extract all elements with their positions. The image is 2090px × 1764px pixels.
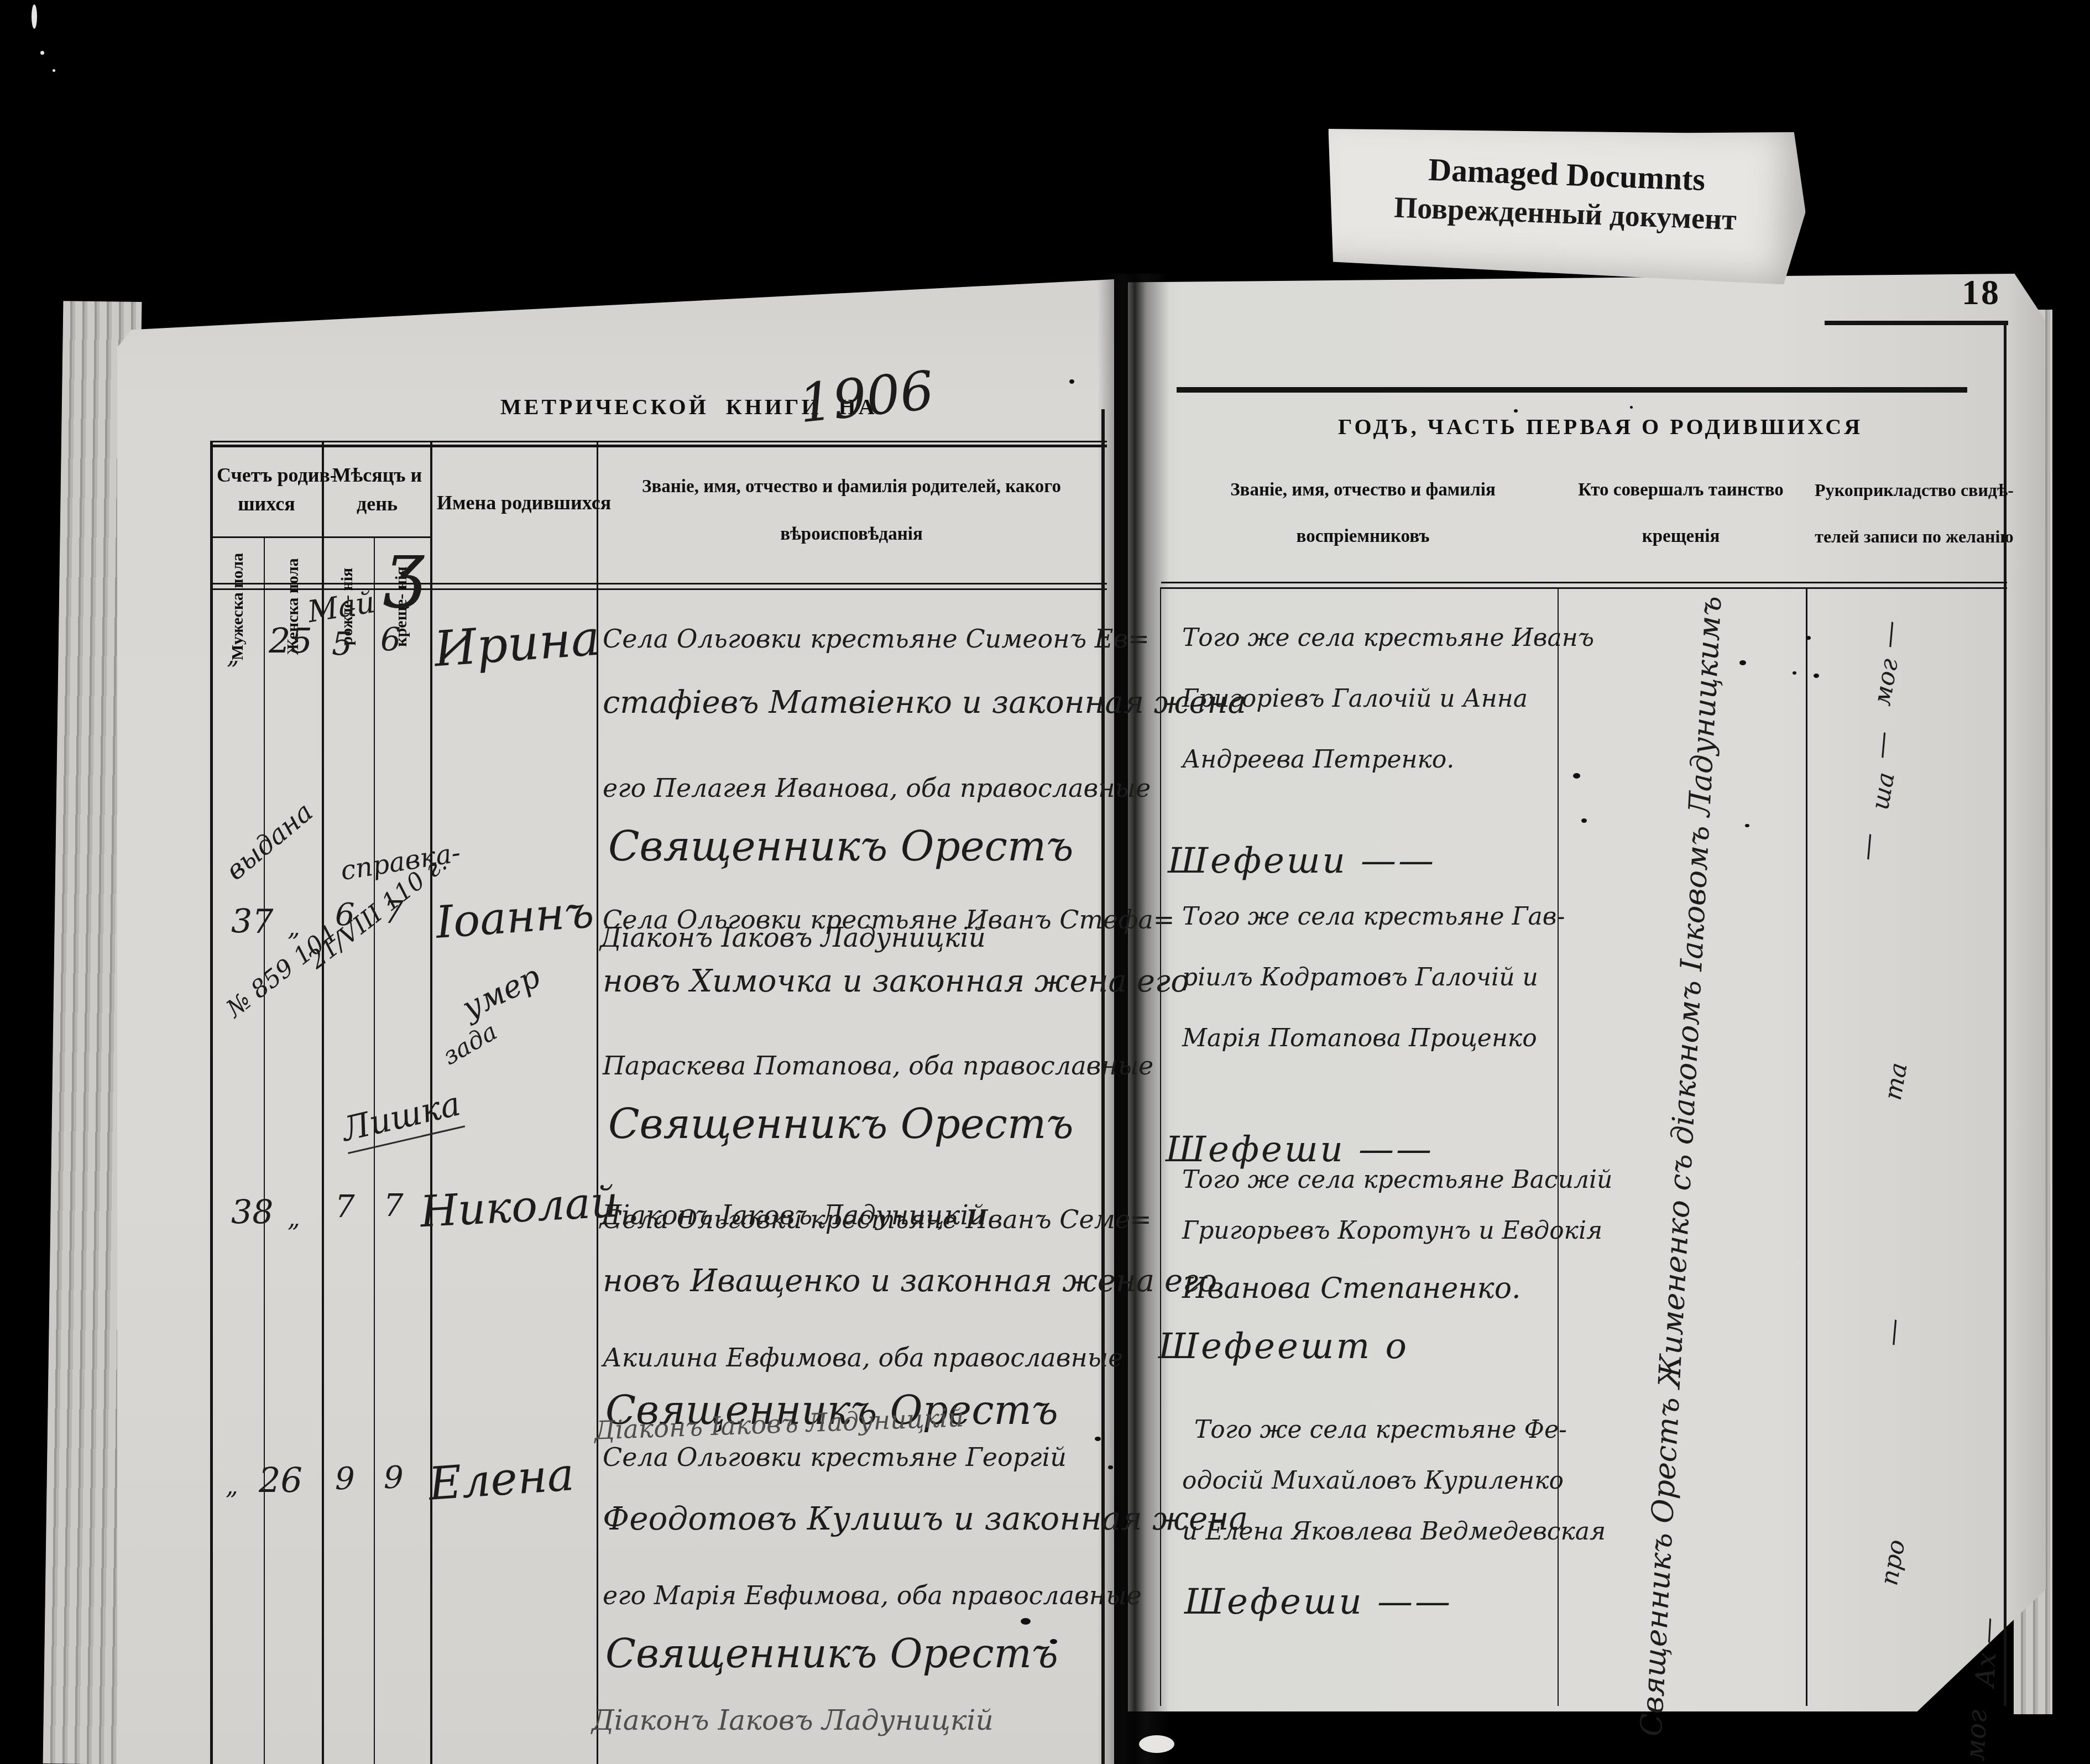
ink-blot (1581, 818, 1587, 823)
col-header-witnesses: Рукоприкладство свидѣ- (1809, 480, 2019, 500)
witness-mark: Ах — (1969, 1616, 2004, 1688)
ink-speck (1069, 379, 1074, 384)
priest-signature: Священникъ Орестъ (608, 823, 1074, 870)
col-header-count: Счетъ родив- (217, 463, 316, 487)
header-pen-flourish: ʒ (384, 525, 425, 609)
record-parents: Акилина Евфимова, оба православные (603, 1343, 1123, 1372)
col-header-month-day: день (327, 492, 427, 515)
record-godparents: Григоріевъ Галочій и Анна (1182, 685, 1528, 713)
record-female-no: 25 (269, 620, 312, 661)
record-female-no: „ (288, 914, 300, 942)
damaged-document-label: Damaged Documnts Поврежденный документ (1323, 115, 1809, 285)
ink-blot (1814, 674, 1819, 678)
clerk-flourish: Шефеешт о (1158, 1326, 1409, 1367)
table-rule (322, 441, 324, 1764)
record-male-no: „ (226, 1472, 238, 1500)
record-godparents: Иванова Степаненко. (1182, 1272, 1521, 1305)
witness-mark: — (1850, 832, 1884, 862)
record-godparents: ріилъ Кодратовъ Галочій и (1182, 963, 1538, 991)
col-header-names: Имена родившихся (437, 491, 595, 514)
book-gutter (1098, 274, 1169, 1764)
table-rule (1101, 409, 1105, 1764)
page-border (1177, 387, 1967, 393)
col-header-godparents: Званіе, имя, отчество и фамилія (1183, 480, 1543, 500)
clerk-flourish: Шефеши —— (1166, 1129, 1434, 1170)
record-godparents: Григорьевъ Коротунъ и Евдокія (1182, 1217, 1602, 1245)
record-born-day: 7 (335, 1189, 355, 1225)
record-godparents: одосій Михайловъ Куриленко (1182, 1466, 1564, 1495)
col-header-month-day: Мѣсяцъ и (327, 463, 427, 487)
priest-signature: Священникъ Орестъ (608, 1100, 1074, 1148)
record-godparents: и Елена Яковлева Ведмедевская (1182, 1517, 1606, 1546)
torn-paper-bit (1139, 1735, 1174, 1753)
ink-blot (1514, 409, 1518, 413)
record-parents: Села Ольговки крестьяне Иванъ Семе= (603, 1204, 1152, 1234)
record-parents: Феодотовъ Кулишъ и законная жена (603, 1500, 1248, 1537)
record-name: Іоаннъ (434, 886, 595, 948)
ink-blot (1050, 1639, 1057, 1644)
record-godparents: Того же села крестьяне Гав- (1182, 902, 1565, 931)
record-parents: новъ Химочка и законная жена его (603, 963, 1189, 999)
ink-blot (1793, 671, 1796, 675)
table-rule (264, 536, 265, 1764)
ink-blot (1108, 1465, 1113, 1469)
record-name: Елена (427, 1448, 576, 1511)
col-header-witnesses: телей записи по желанію (1809, 526, 2019, 547)
record-male-no: „ (227, 641, 239, 670)
clerk-flourish: Шефеши —— (1184, 1582, 1452, 1622)
scan-speck (32, 4, 37, 29)
record-parents: Села Ольговки крестьяне Симеонъ Ев= (603, 624, 1149, 654)
record-baptized-day: 7 (384, 1188, 404, 1224)
col-header-officiant: Кто совершалъ таинство (1565, 480, 1797, 500)
record-parents: Села Ольговки крестьяне Георгій (603, 1442, 1067, 1472)
ink-blot (1021, 1618, 1031, 1625)
record-godparents: Марія Потапова Проценко (1182, 1024, 1537, 1052)
record-born-day: 9 (335, 1461, 355, 1497)
record-godparents: Того же села крестьяне Фе- (1194, 1416, 1567, 1444)
record-female-no: „ (288, 1204, 300, 1233)
ink-blot (1739, 660, 1746, 665)
page-border (1825, 321, 2008, 325)
col-header-parents: вѣроисповѣданія (605, 524, 1098, 545)
record-male-no: 38 (231, 1193, 273, 1232)
col-header-godparents: воспріемниковъ (1183, 526, 1543, 547)
table-rule (1161, 587, 2007, 589)
record-baptized-day: 6 (380, 620, 401, 658)
col-header-count: шихся (217, 492, 316, 515)
record-male-no: 37 (231, 902, 273, 941)
table-rule (1806, 587, 1807, 1706)
witness-mark: мог (1960, 1709, 1993, 1762)
priest-signature: Священникъ Орестъ (605, 1630, 1058, 1677)
ink-blot (1806, 636, 1811, 640)
scan-speck (40, 51, 44, 55)
record-parents: новъ Иващенко и законная жена его (603, 1263, 1217, 1299)
record-female-no: 26 (259, 1460, 302, 1500)
scan-speck (53, 69, 55, 72)
record-baptized-day: 7 (384, 895, 404, 931)
right-page-title: ГОДЪ, ЧАСТЬ ПЕРВАЯ О РОДИВШИХСЯ (1338, 414, 1836, 440)
record-godparents: Того же села крестьяне Иванъ (1182, 624, 1594, 652)
deacon-signature: Діаконъ Іаковъ Ладуницкій (592, 1704, 994, 1736)
record-parents: Параскева Потапова, оба православные (603, 1051, 1153, 1081)
ink-blot (1630, 406, 1633, 409)
table-rule (1160, 587, 1161, 1706)
record-name: Ирина (432, 609, 602, 678)
record-godparents: Того же села крестьяне Василій (1182, 1166, 1612, 1194)
record-parents: его Пелагея Иванова, оба православные (603, 773, 1151, 803)
ink-blot (1095, 1437, 1101, 1441)
document-scan: МЕТРИЧЕСКОЙ КНИГИ НА 1906 Счетъ родив- ш… (0, 0, 2090, 1764)
ink-blot (1745, 824, 1749, 827)
table-rule (210, 441, 1107, 442)
page-number: 18 (1962, 272, 2000, 313)
record-parents: стафіевъ Матвіенко и законная жена (603, 685, 1246, 721)
clerk-flourish: Шефеши —— (1168, 841, 1436, 881)
col-header-parents: Званіе, имя, отчество и фамилія родителе… (605, 477, 1098, 497)
witness-mark: — (1864, 730, 1899, 760)
record-godparents: Андреева Петренко. (1182, 745, 1454, 774)
table-rule (210, 441, 213, 1764)
record-baptized-day: 9 (384, 1460, 404, 1496)
col-header-officiant: крещенія (1565, 526, 1797, 547)
witness-mark: — (1875, 1317, 1910, 1348)
ink-blot (1573, 773, 1580, 779)
record-born-day: 6 (335, 897, 355, 933)
record-parents: Села Ольговки крестьяне Иванъ Стефа= (603, 905, 1174, 935)
witness-mark: — (1872, 619, 1906, 650)
table-rule (374, 536, 375, 1764)
record-born-day: 5 (332, 625, 352, 662)
record-name: Николай (419, 1177, 619, 1238)
table-rule (1161, 582, 2007, 583)
record-parents: его Марія Евфимова, оба православные (603, 1580, 1142, 1610)
table-rule (210, 445, 1107, 447)
